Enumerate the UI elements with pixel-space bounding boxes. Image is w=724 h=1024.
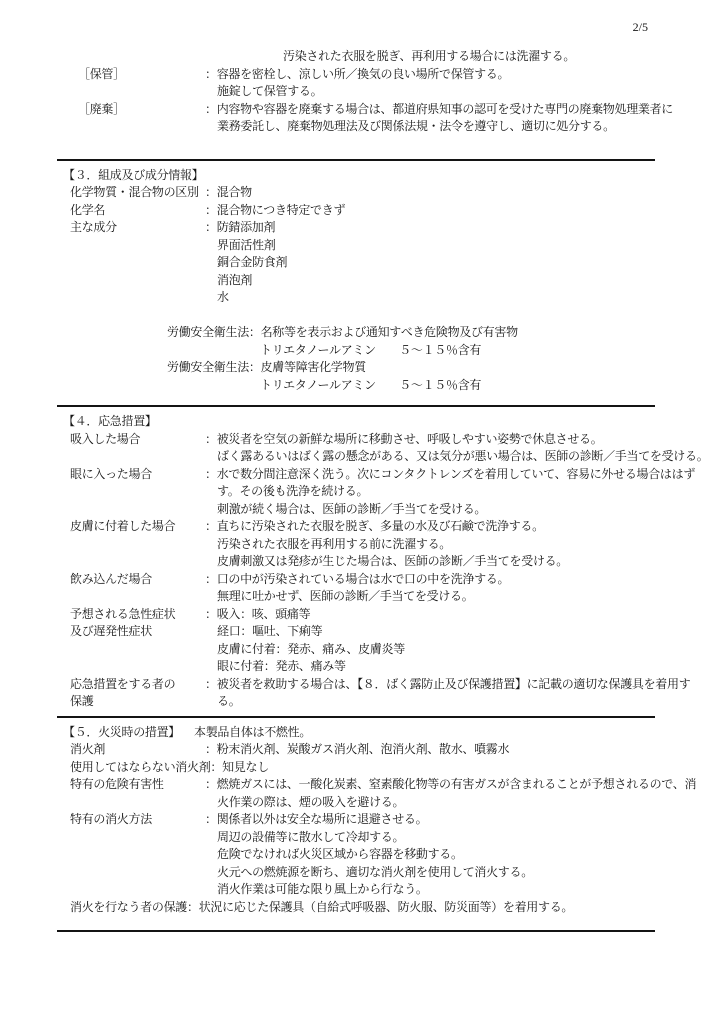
chemical-name-row: 化学名 ：混合物につき特定できず <box>57 202 655 220</box>
prohibited-media-line: 使用してはならない消火剤：知見なし <box>57 759 655 777</box>
disposal-value-line: 業務委託し、廃棄物処理法及び関係法規・法令を遵守し、適切に処分する。 <box>205 118 673 136</box>
ingestion-line: 無理に吐かせず、医師の診断／手当てを受ける。 <box>205 588 509 606</box>
section-5-header: 【５．火災時の措置】 本製品自体は不燃性。 <box>57 724 655 742</box>
eye-contact-label: 眼に入った場合 <box>70 466 205 484</box>
section-divider <box>57 405 655 407</box>
skin-contact-row: 皮膚に付着した場合 ：直ちに汚染された衣服を脱ぎ、多量の水及び石鹸で洗浄する。 … <box>57 518 655 571</box>
inhalation-row: 吸入した場合 ：被災者を空気の新鮮な場所に移動させ、呼吸しやすい姿勢で休息させる… <box>57 431 655 466</box>
rescuer-protection-line: ：被災者を救助する場合は、【８．ばく露防止及び保護措置】に記載の適切な保護具を着… <box>205 676 690 694</box>
main-components-row: 主な成分 ：防錆添加剤 界面活性剤 銅合金防食剤 消泡剤 水 <box>57 219 655 307</box>
ingestion-line: ：口の中が汚染されている場合は水で口の中を洗浄する。 <box>205 571 509 589</box>
firefighting-method-line: 周辺の設備等に散水して冷却する。 <box>205 829 533 847</box>
extinguishing-media-value: ：粉末消火剤、炭酸ガス消火剤、泡消火剤、散水、噴霧水 <box>205 741 509 759</box>
firefighting-method-line: 火元への燃焼源を断ち、適切な消火剤を使用して消火する。 <box>205 864 533 882</box>
section-4-title: 【４．応急措置】 <box>57 413 655 431</box>
law-substance-line: トリエタノールアミン ５～１５％含有 <box>57 377 655 395</box>
rescuer-protection-label: 応急措置をする者の <box>70 676 205 694</box>
eye-contact-line: ：水で数分間注意深く洗う。次にコンタクトレンズを着用していて、容易に外せる場合は… <box>205 466 695 484</box>
disposal-row: ［廃棄］ ：内容物や容器を廃棄する場合は、都道府県知事の認可を受けた専門の廃棄物… <box>57 101 655 136</box>
eye-contact-line: 刺激が続く場合は、医師の診断／手当てを受ける。 <box>205 501 695 519</box>
component-line: 銅合金防食剤 <box>205 254 287 272</box>
specific-hazards-label: 特有の危険有害性 <box>70 776 205 794</box>
specific-hazards-row: 特有の危険有害性 ：燃焼ガスには、一酸化炭素、窒素酸化物等の有害ガスが含まれるこ… <box>57 776 655 811</box>
mixture-class-label: 化学物質・混合物の区別 <box>70 184 205 202</box>
inhalation-line: ：被災者を空気の新鮮な場所に移動させ、呼吸しやすい姿勢で休息させる。 <box>205 431 708 449</box>
symptoms-label: 予想される急性症状 <box>70 606 205 624</box>
law-note-line: 労働安全衛生法：皮膚等障害化学物質 <box>57 359 655 377</box>
mixture-class-value: ：混合物 <box>205 184 252 202</box>
firefighting-methods-row: 特有の消火方法 ：関係者以外は安全な場所に退避させる。 周辺の設備等に散水して冷… <box>57 811 655 899</box>
storage-value-line: ：容器を密栓し、涼しい所／換気の良い場所で保管する。 <box>205 66 509 84</box>
section-5-note: 本製品自体は不燃性。 <box>194 724 311 742</box>
symptom-line: 皮膚に付着：発赤、痛み、皮膚炎等 <box>205 641 405 659</box>
storage-value-line: 施錠して保管する。 <box>205 83 509 101</box>
symptoms-row: 予想される急性症状 及び遅発性症状 ：吸入：咳、頭痛等 経口：嘔吐、下痢等 皮膚… <box>57 606 655 676</box>
component-line: 消泡剤 <box>205 272 287 290</box>
firefighting-method-line: 危険でなければ火災区域から容器を移動する。 <box>205 846 533 864</box>
component-line: 水 <box>205 289 287 307</box>
ingestion-label: 飲み込んだ場合 <box>70 571 205 589</box>
skin-contact-label: 皮膚に付着した場合 <box>70 518 205 536</box>
mixture-class-row: 化学物質・混合物の区別 ：混合物 <box>57 184 655 202</box>
law-substance-line: トリエタノールアミン ５～１５％含有 <box>57 342 655 360</box>
component-line: 界面活性剤 <box>205 237 287 255</box>
component-line: ：防錆添加剤 <box>205 219 287 237</box>
skin-contact-line: 汚染された衣服を再利用する前に洗濯する。 <box>205 536 568 554</box>
storage-label: ［保管］ <box>78 66 205 84</box>
eye-contact-line: す。その後も洗浄を続ける。 <box>205 483 695 501</box>
symptoms-label: 及び遅発性症状 <box>70 623 205 641</box>
section-5-title: 【５．火災時の措置】 <box>57 724 180 742</box>
extinguishing-media-label: 消火剤 <box>70 741 205 759</box>
section-divider <box>57 930 655 932</box>
disposal-label: ［廃棄］ <box>78 101 205 119</box>
section-divider <box>57 159 655 161</box>
continuation-line: 汚染された衣服を脱ぎ、再利用する場合には洗濯する。 <box>57 48 655 66</box>
eye-contact-row: 眼に入った場合 ：水で数分間注意深く洗う。次にコンタクトレンズを着用していて、容… <box>57 466 655 519</box>
chemical-name-label: 化学名 <box>70 202 205 220</box>
firefighter-protection-line: 消火を行なう者の保護：状況に応じた保護具（自給式呼吸器、防火服、防災面等）を着用… <box>57 899 655 917</box>
law-note-line: 労働安全衛生法：名称等を表示および通知すべき危険物及び有害物 <box>57 324 655 342</box>
main-components-label: 主な成分 <box>70 219 205 237</box>
inhalation-line: ばく露あるいはばく露の懸念がある、又は気分が悪い場合は、医師の診断／手当てを受け… <box>205 448 708 466</box>
safety-law-notes: 労働安全衛生法：名称等を表示および通知すべき危険物及び有害物 トリエタノールアミ… <box>57 324 655 394</box>
specific-hazards-line: 火作業の際は、煙の吸入を避ける。 <box>205 794 696 812</box>
page-number: 2/5 <box>633 20 648 35</box>
skin-contact-line: ：直ちに汚染された衣服を脱ぎ、多量の水及び石鹸で洗浄する。 <box>205 518 568 536</box>
section-3-title: 【３．組成及び成分情報】 <box>57 167 655 185</box>
inhalation-label: 吸入した場合 <box>70 431 205 449</box>
ingestion-row: 飲み込んだ場合 ：口の中が汚染されている場合は水で口の中を洗浄する。 無理に吐か… <box>57 571 655 606</box>
symptom-line: ：吸入：咳、頭痛等 <box>205 606 405 624</box>
skin-contact-line: 皮膚刺激又は発疹が生じた場合は、医師の診断／手当てを受ける。 <box>205 553 568 571</box>
rescuer-protection-label: 保護 <box>70 693 205 711</box>
storage-row: ［保管］ ：容器を密栓し、涼しい所／換気の良い場所で保管する。 施錠して保管する… <box>57 66 655 101</box>
document-body: 汚染された衣服を脱ぎ、再利用する場合には洗濯する。 ［保管］ ：容器を密栓し、涼… <box>57 0 655 932</box>
chemical-name-value: ：混合物につき特定できず <box>205 202 345 220</box>
rescuer-protection-row: 応急措置をする者の 保護 ：被災者を救助する場合は、【８．ばく露防止及び保護措置… <box>57 676 655 711</box>
section-divider <box>57 716 655 718</box>
firefighting-methods-label: 特有の消火方法 <box>70 811 205 829</box>
disposal-value-line: ：内容物や容器を廃棄する場合は、都道府県知事の認可を受けた専門の廃棄物処理業者に <box>205 101 673 119</box>
specific-hazards-line: ：燃焼ガスには、一酸化炭素、窒素酸化物等の有害ガスが含まれることが予想されるので… <box>205 776 696 794</box>
extinguishing-media-row: 消火剤 ：粉末消火剤、炭酸ガス消火剤、泡消火剤、散水、噴霧水 <box>57 741 655 759</box>
symptom-line: 経口：嘔吐、下痢等 <box>205 623 405 641</box>
rescuer-protection-line: る。 <box>205 693 690 711</box>
sds-document-page: 2/5 汚染された衣服を脱ぎ、再利用する場合には洗濯する。 ［保管］ ：容器を密… <box>0 0 724 1024</box>
symptom-line: 眼に付着：発赤、痛み等 <box>205 658 405 676</box>
firefighting-method-line: 消火作業は可能な限り風上から行なう。 <box>205 881 533 899</box>
firefighting-method-line: ：関係者以外は安全な場所に退避させる。 <box>205 811 533 829</box>
